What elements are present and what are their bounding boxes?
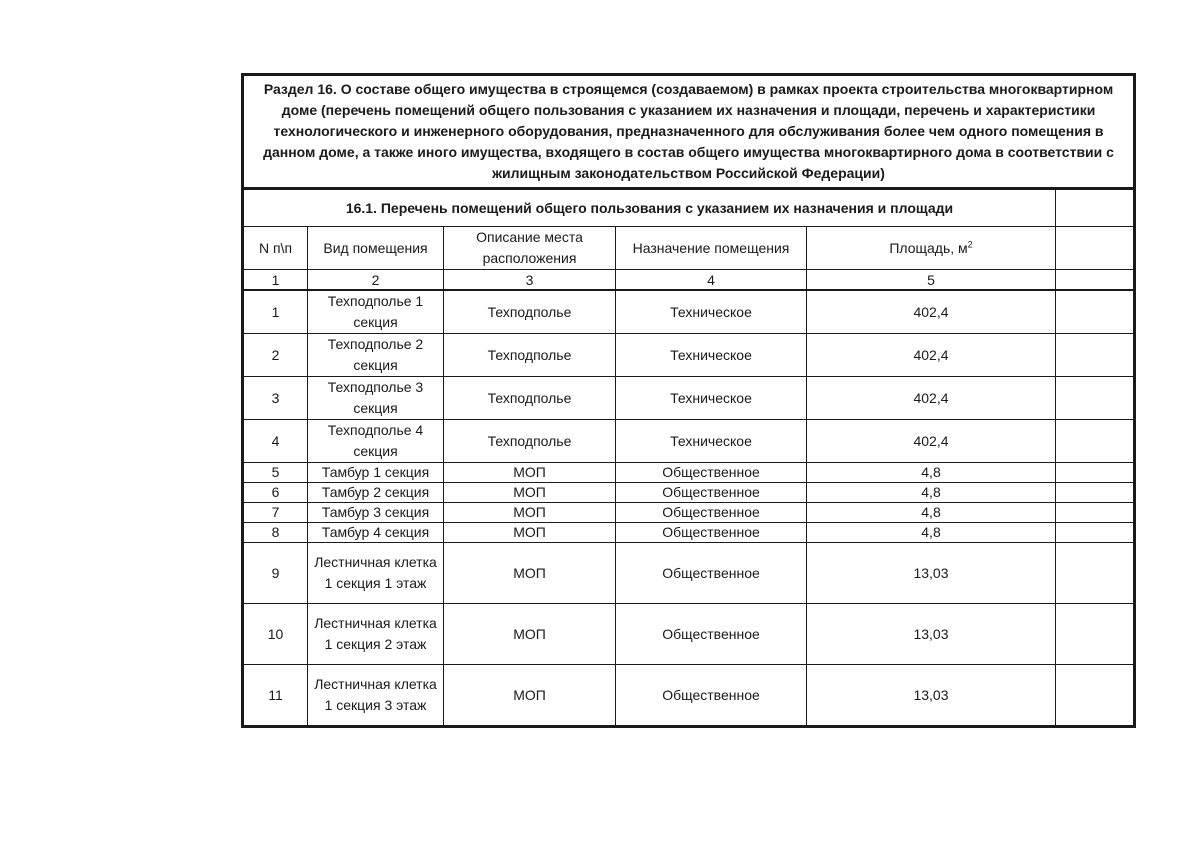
cell-num: 3 — [243, 377, 308, 420]
cell-type: Тамбур 4 секция — [308, 523, 444, 543]
column-index: 4 — [616, 270, 807, 291]
cell-area: 13,03 — [807, 665, 1056, 727]
cell-type: Техподполье 3 секция — [308, 377, 444, 420]
header-area: Площадь, м2 — [807, 227, 1056, 270]
cell-purpose: Общественное — [616, 483, 807, 503]
table-row: 4Техподполье 4 секцияТехподпольеТехничес… — [243, 420, 1135, 463]
subsection-16-1-title: 16.1. Перечень помещений общего пользова… — [243, 189, 1056, 227]
cell-location: МОП — [444, 463, 616, 483]
cell-area: 4,8 — [807, 463, 1056, 483]
cell-num: 10 — [243, 604, 308, 665]
empty-cell — [1056, 270, 1135, 291]
cell-area: 13,03 — [807, 543, 1056, 604]
table-row: 5Тамбур 1 секцияМОПОбщественное4,8 — [243, 463, 1135, 483]
cell-num: 1 — [243, 290, 308, 334]
cell-num: 11 — [243, 665, 308, 727]
cell-num: 4 — [243, 420, 308, 463]
empty-cell — [1056, 334, 1135, 377]
cell-location: МОП — [444, 665, 616, 727]
cell-purpose: Общественное — [616, 543, 807, 604]
header-area-unit-exponent: 2 — [968, 239, 973, 249]
table-row: 8Тамбур 4 секцияМОПОбщественное4,8 — [243, 523, 1135, 543]
cell-type: Лестничная клетка 1 секция 3 этаж — [308, 665, 444, 727]
cell-purpose: Техническое — [616, 334, 807, 377]
cell-area: 13,03 — [807, 604, 1056, 665]
header-type: Вид помещения — [308, 227, 444, 270]
cell-type: Лестничная клетка 1 секция 1 этаж — [308, 543, 444, 604]
common-property-table: Раздел 16. О составе общего имущества в … — [241, 73, 1136, 728]
empty-cell — [1056, 377, 1135, 420]
cell-num: 5 — [243, 463, 308, 483]
cell-area: 402,4 — [807, 334, 1056, 377]
cell-type: Тамбур 1 секция — [308, 463, 444, 483]
empty-cell — [1056, 290, 1135, 334]
cell-type: Техподполье 2 секция — [308, 334, 444, 377]
cell-location: Техподполье — [444, 377, 616, 420]
cell-purpose: Общественное — [616, 665, 807, 727]
column-index: 1 — [243, 270, 308, 291]
cell-num: 2 — [243, 334, 308, 377]
header-row: N п\п Вид помещения Описание места распо… — [243, 227, 1135, 270]
cell-purpose: Техническое — [616, 290, 807, 334]
table-body: 1Техподполье 1 секцияТехподпольеТехничес… — [243, 290, 1135, 727]
cell-location: МОП — [444, 523, 616, 543]
cell-location: Техподполье — [444, 420, 616, 463]
table-row: 11Лестничная клетка 1 секция 3 этажМОПОб… — [243, 665, 1135, 727]
section-16-title: Раздел 16. О составе общего имущества в … — [243, 75, 1135, 189]
cell-purpose: Общественное — [616, 503, 807, 523]
table-row: 2Техподполье 2 секцияТехподпольеТехничес… — [243, 334, 1135, 377]
cell-type: Тамбур 2 секция — [308, 483, 444, 503]
empty-cell — [1056, 503, 1135, 523]
header-num: N п\п — [243, 227, 308, 270]
table-row: 1Техподполье 1 секцияТехподпольеТехничес… — [243, 290, 1135, 334]
table-row: 7Тамбур 3 секцияМОПОбщественное4,8 — [243, 503, 1135, 523]
cell-area: 402,4 — [807, 290, 1056, 334]
header-purpose: Назначение помещения — [616, 227, 807, 270]
cell-type: Тамбур 3 секция — [308, 503, 444, 523]
column-index: 3 — [444, 270, 616, 291]
cell-purpose: Техническое — [616, 377, 807, 420]
empty-cell — [1056, 483, 1135, 503]
empty-cell — [1056, 189, 1135, 227]
empty-cell — [1056, 543, 1135, 604]
header-location: Описание места расположения — [444, 227, 616, 270]
cell-area: 4,8 — [807, 483, 1056, 503]
cell-num: 7 — [243, 503, 308, 523]
empty-cell — [1056, 420, 1135, 463]
cell-type: Лестничная клетка 1 секция 2 этаж — [308, 604, 444, 665]
cell-purpose: Общественное — [616, 523, 807, 543]
header-area-label: Площадь, м — [889, 240, 967, 256]
column-index-row: 1 2 3 4 5 — [243, 270, 1135, 291]
cell-area: 4,8 — [807, 523, 1056, 543]
cell-area: 402,4 — [807, 377, 1056, 420]
cell-purpose: Техническое — [616, 420, 807, 463]
table-row: 9Лестничная клетка 1 секция 1 этажМОПОбщ… — [243, 543, 1135, 604]
empty-cell — [1056, 604, 1135, 665]
empty-cell — [1056, 665, 1135, 727]
cell-location: МОП — [444, 503, 616, 523]
table-row: 3Техподполье 3 секцияТехподпольеТехничес… — [243, 377, 1135, 420]
cell-area: 402,4 — [807, 420, 1056, 463]
cell-location: МОП — [444, 604, 616, 665]
empty-cell — [1056, 463, 1135, 483]
empty-cell — [1056, 227, 1135, 270]
cell-type: Техподполье 4 секция — [308, 420, 444, 463]
cell-location: МОП — [444, 483, 616, 503]
cell-purpose: Общественное — [616, 604, 807, 665]
cell-type: Техподполье 1 секция — [308, 290, 444, 334]
cell-num: 8 — [243, 523, 308, 543]
cell-purpose: Общественное — [616, 463, 807, 483]
column-index: 5 — [807, 270, 1056, 291]
cell-location: Техподполье — [444, 290, 616, 334]
cell-area: 4,8 — [807, 503, 1056, 523]
cell-num: 9 — [243, 543, 308, 604]
empty-cell — [1056, 523, 1135, 543]
cell-location: Техподполье — [444, 334, 616, 377]
cell-num: 6 — [243, 483, 308, 503]
column-index: 2 — [308, 270, 444, 291]
cell-location: МОП — [444, 543, 616, 604]
table-row: 10Лестничная клетка 1 секция 2 этажМОПОб… — [243, 604, 1135, 665]
table-row: 6Тамбур 2 секцияМОПОбщественное4,8 — [243, 483, 1135, 503]
